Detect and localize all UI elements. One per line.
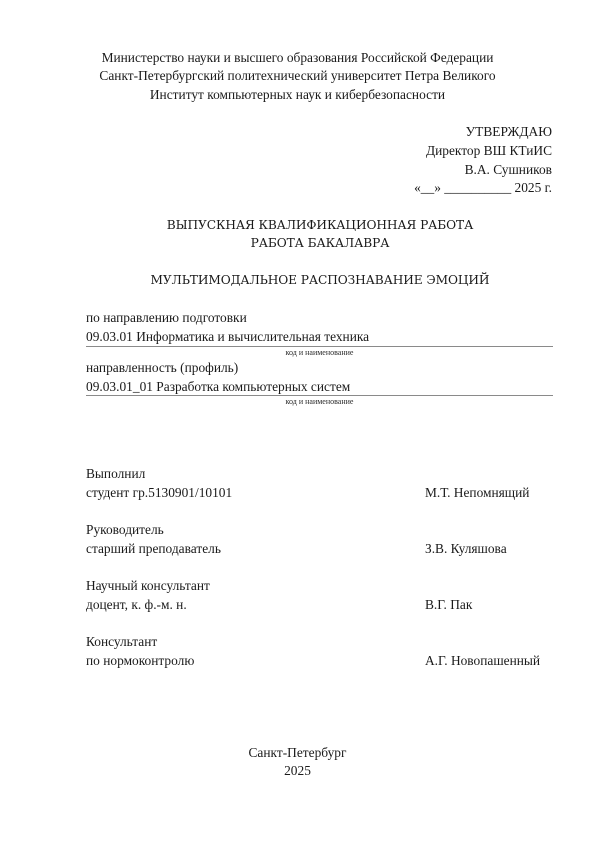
approver-name: В.А. Сушников bbox=[465, 160, 552, 180]
institute-name: Институт компьютерных наук и кибербезопа… bbox=[0, 85, 595, 105]
profile-label: направленность (профиль) bbox=[86, 358, 238, 378]
signatory-title: по нормоконтролю bbox=[86, 651, 194, 671]
footer-year: 2025 bbox=[0, 761, 595, 781]
signatory-name: А.Г. Новопашенный bbox=[425, 651, 540, 671]
direction-value: 09.03.01 Информатика и вычислительная те… bbox=[86, 327, 369, 347]
approval-date-line: «__» __________ 2025 г. bbox=[414, 178, 552, 198]
profile-caption: код и наименование bbox=[86, 397, 553, 407]
signatory-role: Выполнил bbox=[86, 464, 145, 484]
direction-underline bbox=[86, 346, 553, 347]
signatory-title: студент гр.5130901/10101 bbox=[86, 483, 232, 503]
signatory-title: старший преподаватель bbox=[86, 539, 221, 559]
direction-caption: код и наименование bbox=[86, 348, 553, 358]
profile-value: 09.03.01_01 Разработка компьютерных сист… bbox=[86, 377, 350, 397]
document-type: ВЫПУСКНАЯ КВАЛИФИКАЦИОННАЯ РАБОТА bbox=[0, 215, 595, 235]
approver-position: Директор ВШ КТиИС bbox=[426, 141, 552, 161]
signatory-role: Руководитель bbox=[86, 520, 164, 540]
signatory-role: Научный консультант bbox=[86, 576, 210, 596]
signatory-name: З.В. Куляшова bbox=[425, 539, 507, 559]
document-subtype: РАБОТА БАКАЛАВРА bbox=[0, 233, 595, 253]
signatory-name: М.Т. Непомнящий bbox=[425, 483, 529, 503]
approval-label: УТВЕРЖДАЮ bbox=[466, 122, 552, 142]
signatory-role: Консультант bbox=[86, 632, 157, 652]
signatory-name: В.Г. Пак bbox=[425, 595, 472, 615]
profile-underline bbox=[86, 395, 553, 396]
footer-city: Санкт-Петербург bbox=[0, 743, 595, 763]
ministry-name: Министерство науки и высшего образования… bbox=[0, 48, 595, 68]
signatory-title: доцент, к. ф.-м. н. bbox=[86, 595, 187, 615]
document-topic: МУЛЬТИМОДАЛЬНОЕ РАСПОЗНАВАНИЕ ЭМОЦИЙ bbox=[0, 270, 595, 290]
direction-label: по направлению подготовки bbox=[86, 308, 247, 328]
university-name: Санкт-Петербургский политехнический унив… bbox=[0, 66, 595, 86]
